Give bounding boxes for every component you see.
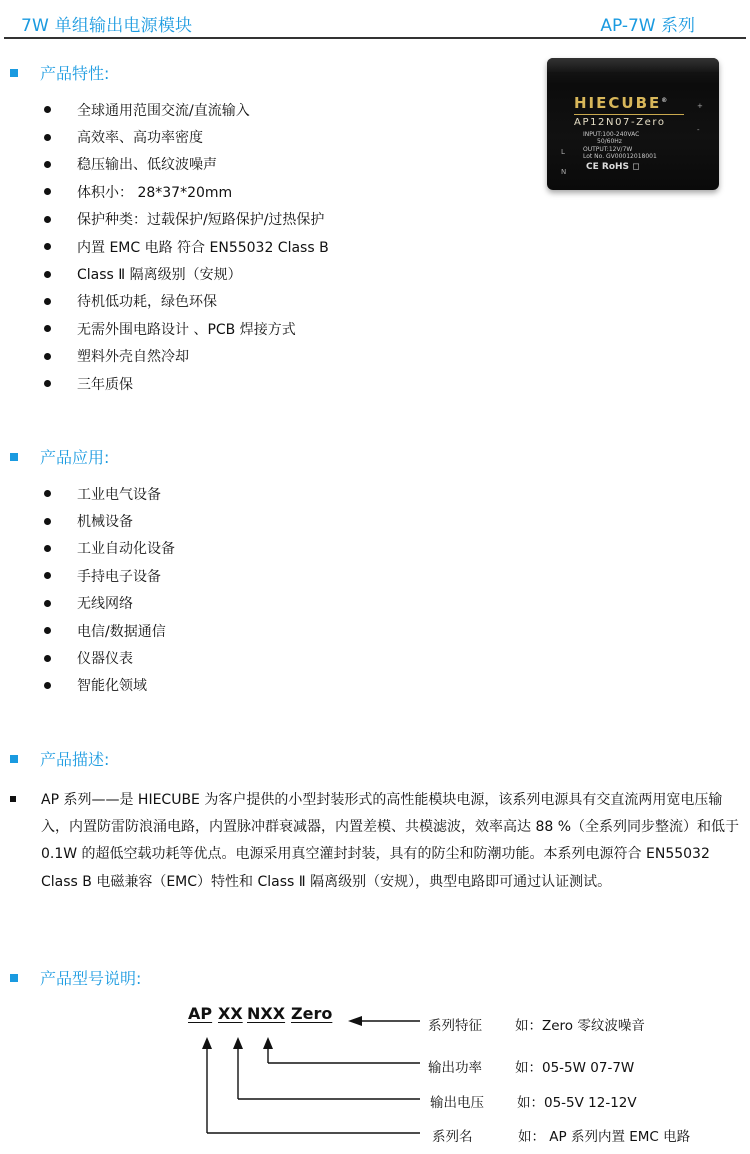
list-item-text: 内置 EMC 电路 符合 EN55032 Class B [77, 237, 329, 257]
list-item: 电信/数据通信 [44, 617, 175, 644]
product-top-face [547, 58, 719, 72]
list-item: 保护种类：过载保护/短路保护/过热保护 [44, 206, 329, 233]
arrow-left-icon [348, 1016, 362, 1026]
product-frequency: 50/60Hz [597, 138, 622, 145]
bullet-icon [44, 216, 51, 223]
list-item: 体积小： 28*37*20mm [44, 178, 329, 205]
pin-n: N [561, 168, 566, 176]
list-item-text: Class Ⅱ 隔离级别（安规） [77, 264, 242, 284]
square-bullet-icon [10, 796, 16, 802]
bullet-icon [44, 627, 51, 634]
product-certifications: CE RoHS ◻ [586, 162, 640, 172]
model-title: 产品型号说明: [40, 966, 141, 989]
bullet-icon [44, 682, 51, 689]
bullet-icon [44, 161, 51, 168]
applications-title: 产品应用: [40, 445, 109, 468]
list-item: 智能化领域 [44, 672, 175, 699]
list-item: 高效率、高功率密度 [44, 123, 329, 150]
list-item-text: 仪器仪表 [77, 648, 133, 668]
list-item: 手持电子设备 [44, 562, 175, 589]
list-item-text: 稳压输出、低纹波噪声 [77, 154, 217, 174]
applications-heading: 产品应用: [10, 445, 109, 468]
list-item-text: 无需外围电路设计 、PCB 焊接方式 [77, 319, 296, 339]
product-model: AP12N07-Zero [574, 117, 666, 128]
list-item: 仪器仪表 [44, 644, 175, 671]
bullet-icon [44, 518, 51, 525]
brand-underline [574, 114, 684, 115]
list-item: 内置 EMC 电路 符合 EN55032 Class B [44, 233, 329, 260]
bullet-icon [44, 380, 51, 387]
square-bullet-icon [10, 974, 18, 982]
row-name-power: 输出功率 [428, 1056, 482, 1076]
list-item-text: 保护种类：过载保护/短路保护/过热保护 [77, 209, 324, 229]
features-title: 产品特性: [40, 61, 109, 84]
bullet-icon [44, 545, 51, 552]
list-item-text: 机械设备 [77, 511, 133, 531]
list-item: 无需外围电路设计 、PCB 焊接方式 [44, 315, 329, 342]
row-name-feature: 系列特征 [428, 1014, 482, 1034]
list-item: 待机低功耗，绿色环保 [44, 288, 329, 315]
bullet-icon [44, 134, 51, 141]
bullet-icon [44, 243, 51, 250]
list-item-text: 高效率、高功率密度 [77, 127, 203, 147]
model-heading: 产品型号说明: [10, 966, 141, 989]
features-list: 全球通用范围交流/直流输入 高效率、高功率密度 稳压输出、低纹波噪声 体积小： … [44, 96, 329, 397]
applications-list: 工业电气设备 机械设备 工业自动化设备 手持电子设备 无线网络 电信/数据通信 … [44, 480, 175, 699]
list-item-text: 手持电子设备 [77, 566, 161, 586]
square-bullet-icon [10, 69, 18, 77]
list-item: 三年质保 [44, 370, 329, 397]
arrow-up-icon [233, 1037, 243, 1049]
arrow-up-icon [263, 1037, 273, 1049]
bullet-icon [44, 298, 51, 305]
list-item-text: 智能化领域 [77, 675, 147, 695]
header-divider [4, 37, 746, 39]
pin-l: L [561, 148, 565, 156]
pin-plus: + [697, 102, 703, 110]
product-brand: HIECUBE® [574, 94, 669, 112]
list-item: 稳压输出、低纹波噪声 [44, 151, 329, 178]
header-title: 7W 单组输出电源模块 [21, 11, 192, 36]
bullet-icon [44, 655, 51, 662]
registered-mark: ® [661, 97, 669, 104]
list-item-text: 工业电气设备 [77, 484, 161, 504]
product-input: INPUT:100-240VAC [583, 131, 639, 138]
list-item-text: 工业自动化设备 [77, 538, 175, 558]
row-example-series: 如： AP 系列内置 EMC 电路 [518, 1125, 690, 1145]
row-example-power: 如：05-5W 07-7W [515, 1056, 634, 1076]
bullet-icon [44, 106, 51, 113]
square-bullet-icon [10, 453, 18, 461]
product-image: HIECUBE® AP12N07-Zero INPUT:100-240VAC 5… [547, 58, 719, 190]
bullet-icon [44, 572, 51, 579]
bullet-icon [44, 325, 51, 332]
list-item: Class Ⅱ 隔离级别（安规） [44, 260, 329, 287]
description-text: AP 系列——是 HIECUBE 为客户提供的小型封装形式的高性能模块电源，该系… [41, 787, 740, 896]
header-series: AP-7W 系列 [600, 11, 695, 36]
description-paragraph: AP 系列——是 HIECUBE 为客户提供的小型封装形式的高性能模块电源，该系… [10, 787, 740, 896]
bullet-icon [44, 188, 51, 195]
bullet-icon [44, 600, 51, 607]
list-item: 全球通用范围交流/直流输入 [44, 96, 329, 123]
description-heading: 产品描述: [10, 747, 109, 770]
bullet-icon [44, 353, 51, 360]
brand-text: HIECUBE [574, 94, 661, 112]
square-bullet-icon [10, 755, 18, 763]
row-name-series: 系列名 [432, 1125, 473, 1145]
bullet-icon [44, 271, 51, 278]
list-item-text: 电信/数据通信 [77, 621, 166, 641]
arrow-up-icon [202, 1037, 212, 1049]
list-item: 塑料外壳自然冷却 [44, 343, 329, 370]
page-header: 7W 单组输出电源模块 AP-7W 系列 [0, 0, 750, 40]
row-name-voltage: 输出电压 [430, 1091, 484, 1111]
list-item-text: 全球通用范围交流/直流输入 [77, 100, 250, 120]
list-item-text: 无线网络 [77, 593, 133, 613]
list-item-text: 体积小： 28*37*20mm [77, 182, 232, 202]
pin-minus: - [697, 126, 700, 134]
list-item-text: 待机低功耗，绿色环保 [77, 291, 217, 311]
list-item-text: 三年质保 [77, 374, 133, 394]
model-code-diagram: AP XX NXX Zero 系列特征 如：Zero 零纹波噪音 输出功率 如：… [0, 990, 750, 1154]
bullet-icon [44, 490, 51, 497]
description-title: 产品描述: [40, 747, 109, 770]
list-item: 机械设备 [44, 507, 175, 534]
list-item: 工业自动化设备 [44, 535, 175, 562]
list-item: 无线网络 [44, 590, 175, 617]
list-item: 工业电气设备 [44, 480, 175, 507]
row-example-voltage: 如：05-5V 12-12V [517, 1091, 637, 1111]
row-example-feature: 如：Zero 零纹波噪音 [515, 1014, 645, 1034]
product-lot: Lot No. GV00012018001 [583, 153, 657, 160]
product-output: OUTPUT:12V/7W [583, 146, 632, 153]
list-item-text: 塑料外壳自然冷却 [77, 346, 189, 366]
features-heading: 产品特性: [10, 61, 109, 84]
